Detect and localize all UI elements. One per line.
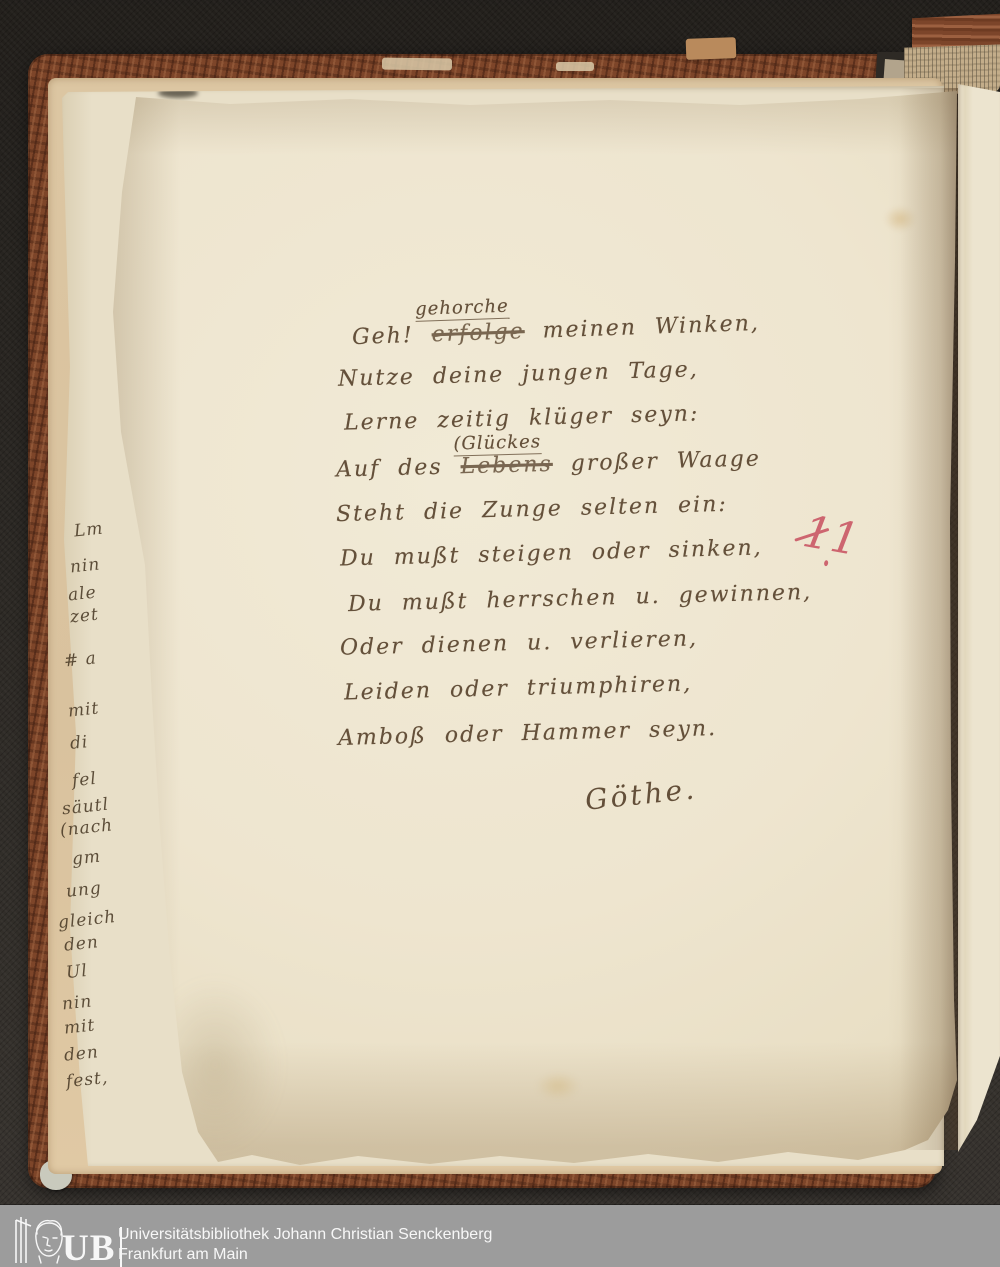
margin-fragment: nin xyxy=(61,991,93,1014)
margin-fragment: Ul xyxy=(65,961,89,983)
margin-fragment: ung xyxy=(65,878,103,902)
margin-fragment: zet xyxy=(69,605,100,628)
red-folio-number: 11 xyxy=(799,506,863,566)
library-name: Universitätsbibliothek Johann Christian … xyxy=(118,1225,492,1245)
library-banner: UB Universitätsbibliothek Johann Christi… xyxy=(0,1205,1000,1267)
poem-line-text: Auf des xyxy=(336,454,461,482)
margin-fragment: mit xyxy=(67,698,100,721)
poem-line-2: Nutze deine jungen Tage, xyxy=(338,357,699,391)
right-margin-fragments: uwrchIhu2dLtwwRlBy xyxy=(958,84,1000,1152)
margin-fragment: den xyxy=(63,932,100,956)
poem-line-text: Oder dienen u. verlieren, xyxy=(340,626,699,660)
margin-fragment: gm xyxy=(71,847,102,870)
poem-line-text: Amboß oder Hammer seyn. xyxy=(338,716,718,751)
inserted-word: (Glückes xyxy=(453,431,541,456)
poem-line-4: Auf des Lebens großer Waage(Glückes xyxy=(336,446,761,482)
margin-fragment: mit xyxy=(63,1015,96,1038)
library-city: Frankfurt am Main xyxy=(118,1245,492,1265)
struck-word: Lebens xyxy=(460,452,553,479)
inserted-word: gehorche xyxy=(415,296,509,322)
poem-line-text: meinen Winken, xyxy=(524,311,760,344)
margin-fragment: nin xyxy=(69,554,101,577)
poem-line-text: Du mußt herrschen u. gewinnen, xyxy=(348,580,813,617)
margin-fragment: # a xyxy=(63,648,98,671)
margin-fragment: di xyxy=(69,732,89,754)
margin-fragment: den xyxy=(63,1042,100,1066)
margin-fragment: (nach xyxy=(59,815,114,840)
margin-fragment: fel xyxy=(71,769,98,791)
ub-logo: UB xyxy=(14,1217,122,1267)
poem-line-10: Amboß oder Hammer seyn. xyxy=(338,716,718,751)
poem-line-text: Geh! xyxy=(352,322,432,350)
struck-word: erfolge xyxy=(431,319,525,347)
poem-line-text: Leiden oder triumphiren, xyxy=(344,671,693,705)
facing-page-sliver: uwrchIhu2dLtwwRlBy xyxy=(958,84,1000,1152)
margin-fragment: ale xyxy=(67,583,98,606)
margin-fragment: gleich xyxy=(57,907,117,933)
poem-line-3: Lerne zeitig klüger seyn: xyxy=(344,401,700,435)
banner-text: Universitätsbibliothek Johann Christian … xyxy=(118,1225,492,1265)
digitized-manuscript-scan: Lmninalezet# amitdifelsäutl(nachgmunggle… xyxy=(0,0,1000,1267)
poem-line-text: großer Waage xyxy=(552,446,761,476)
poem-line-5: Steht die Zunge selten ein: xyxy=(336,492,728,527)
poem-line-7: Du mußt herrschen u. gewinnen, xyxy=(348,580,813,617)
poem-line-text: Lerne zeitig klüger seyn: xyxy=(344,401,700,435)
poem-line-text: Nutze deine jungen Tage, xyxy=(338,357,699,391)
poem-line-text: Steht die Zunge selten ein: xyxy=(336,492,728,527)
margin-fragment: Lm xyxy=(73,519,104,542)
poem-line-6: Du mußt steigen oder sinken, xyxy=(340,535,763,571)
poem-line-9: Leiden oder triumphiren, xyxy=(344,671,693,705)
margin-fragment: fest, xyxy=(65,1068,109,1092)
poem-line-text: Du mußt steigen oder sinken, xyxy=(340,535,763,571)
poem-line-1: Geh! erfolge meinen Winken,gehorche xyxy=(352,311,761,350)
ub-logo-text: UB xyxy=(62,1231,115,1267)
poem-line-8: Oder dienen u. verlieren, xyxy=(340,626,699,660)
